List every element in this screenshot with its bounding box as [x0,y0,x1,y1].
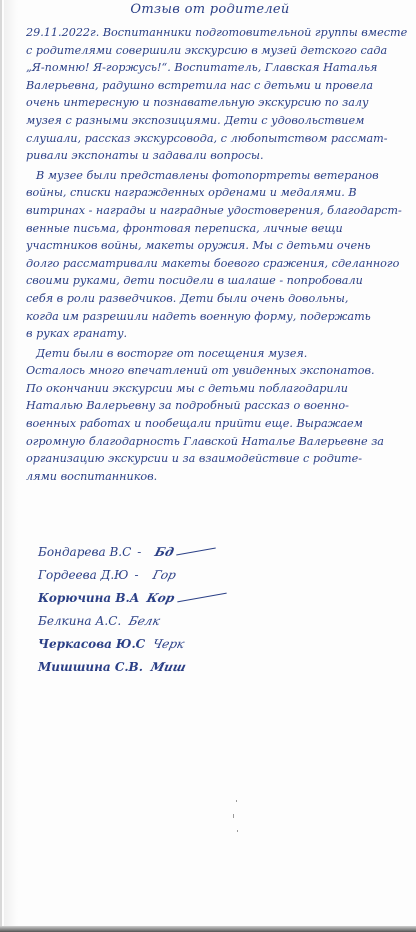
text-line: слушали, рассказ экскурсовода, с любопыт… [26,130,416,148]
text-line: в руках гранату. [26,325,416,343]
text-line: своими руками, дети посидели в шалаше - … [26,272,416,290]
signature-row: Гордеева Д.Ю - Гор [38,563,338,586]
signature-row: Корючина В.А Кор [38,586,338,609]
text-line: огромную благодарность Главской Наталье … [26,433,416,451]
speck [236,800,237,802]
dash: - [135,568,139,582]
speck [237,830,238,832]
text-line: Осталось много впечатлений от увиденных … [26,362,416,380]
text-line: витринах - награды и наградные удостовер… [26,202,416,220]
text-line: ривали экспонаты и задавали вопросы. [26,147,416,165]
signature-row: Черкасова Ю.С Черк [38,632,338,655]
document-body: 29.11.2022г. Воспитанники подготовительн… [26,24,416,485]
text-line: войны, списки награжденных орденами и ме… [26,184,416,202]
signer-name: Гордеева Д.Ю [38,568,129,582]
text-line: Дети были в восторге от посещения музея. [26,345,416,363]
signer-name: Корючина В.А [38,591,139,605]
text-line: „Я-помню! Я-горжусь!“. Воспитатель, Глав… [26,59,416,77]
scanned-page: Отзыв от родителей 29.11.2022г. Воспитан… [0,0,416,927]
signature-mark: Кор [146,591,177,605]
text-line: долго рассматривали макеты боевого сраже… [26,255,416,273]
signature-row: Белкина А.С. Белк [38,609,338,632]
scanner-bottom-edge [0,926,416,932]
signer-name: Черкасова Ю.С [38,637,145,651]
signer-name: Мишшина С.В. [38,660,143,674]
signature-stroke [177,593,226,603]
text-line: 29.11.2022г. Воспитанники подготовительн… [26,24,416,42]
text-line: участников войны, макеты оружия. Мы с де… [26,237,416,255]
speck [233,814,234,818]
signer-name: Бондарева В.С [38,545,131,559]
text-line: музея с разными экспозициями. Дети с удо… [26,112,416,130]
signature-row: Бондарева В.С - Бд [38,540,338,563]
text-line: с родителями совершили экскурсию в музей… [26,42,416,60]
text-line: венные письма, фронтовая переписка, личн… [26,220,416,238]
text-line: Наталью Валерьевну за подробный рассказ … [26,397,416,415]
scan-specks [230,800,238,840]
page-edge-shadow [4,0,18,927]
document-title: Отзыв от родителей [2,2,416,17]
text-line: По окончании экскурсии мы с детьми побла… [26,380,416,398]
text-line: военных работах и пообещали прийти еще. … [26,415,416,433]
text-line: когда им разрешили надеть военную форму,… [26,308,416,326]
text-line: себя в роли разведчиков. Дети были очень… [26,290,416,308]
signature-row: Мишшина С.В. Миш [38,655,338,678]
signer-name: Белкина А.С. [38,614,121,628]
signature-list: Бондарева В.С - Бд Гордеева Д.Ю - Гор Ко… [38,540,338,678]
signature-mark: Бд [154,545,176,559]
signature-stroke [176,548,216,556]
text-line: очень интересную и познавательную экскур… [26,94,416,112]
signature-mark: Черк [151,637,186,651]
text-line: Валерьевна, радушно встретила нас с деть… [26,77,416,95]
text-line: лями воспитанников. [26,468,416,486]
signature-mark: Гор [151,568,177,582]
dash: - [137,545,141,559]
signature-mark: Белк [127,614,161,628]
text-line: организацию экскурсии и за взаимодействи… [26,450,416,468]
signature-mark: Миш [149,660,187,674]
text-line: В музее были представлены фотопортреты в… [26,167,416,185]
